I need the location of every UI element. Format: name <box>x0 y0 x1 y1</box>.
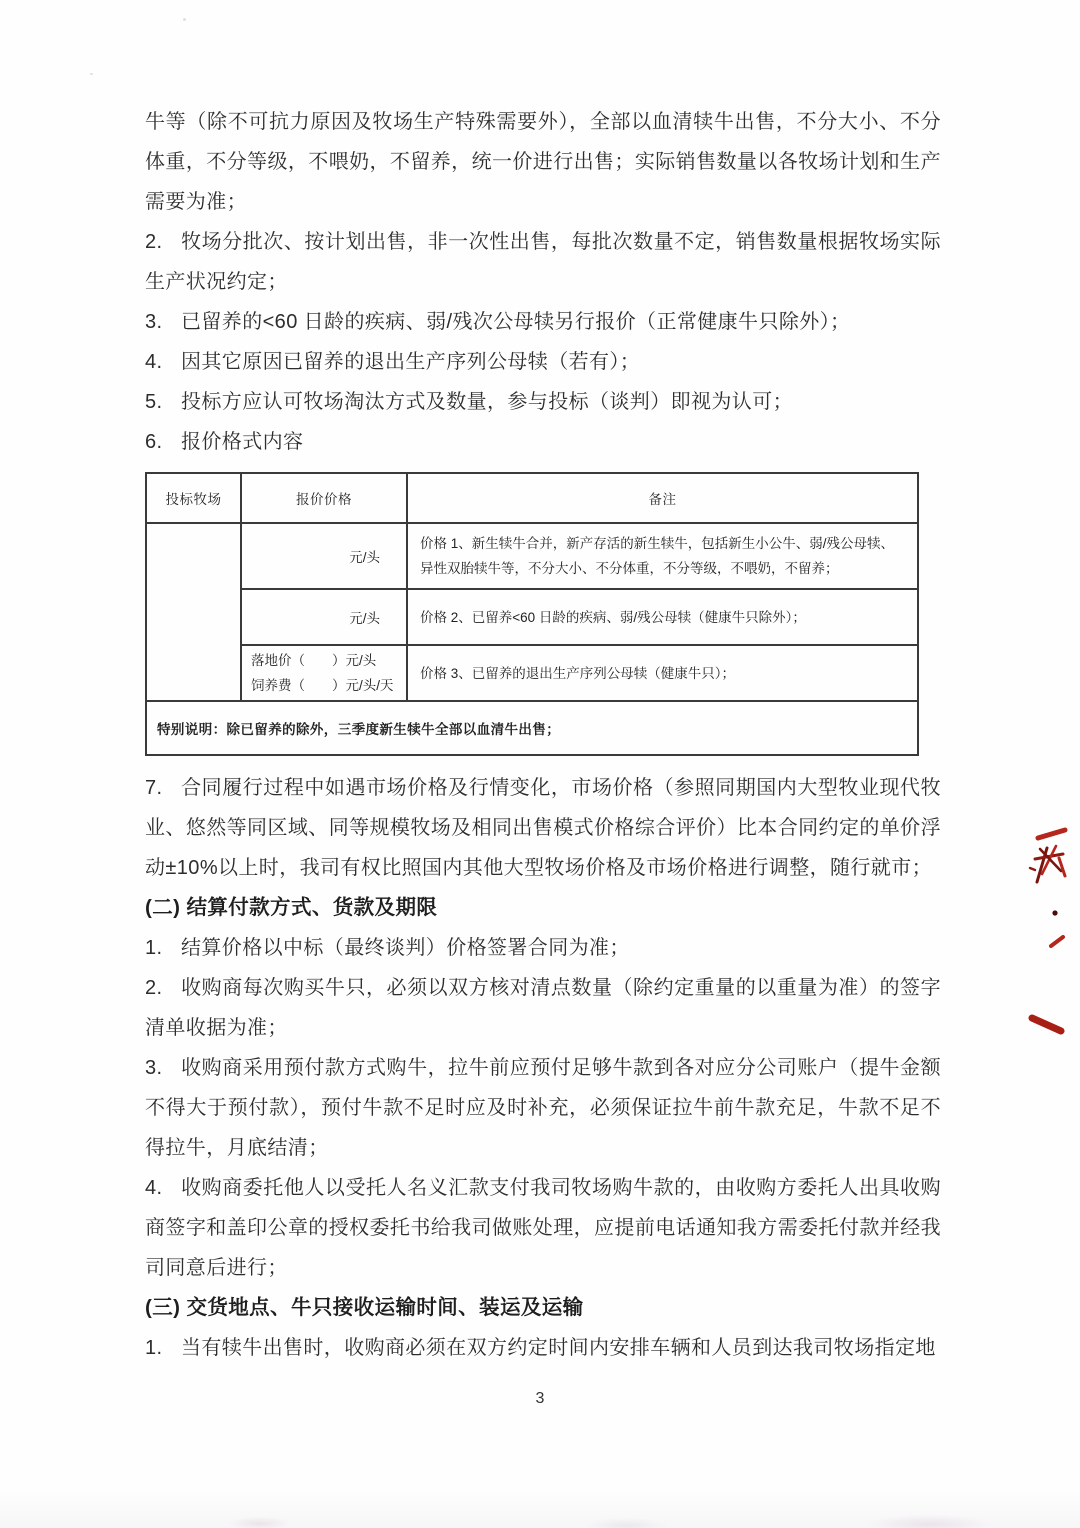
table-row-price2: 元/头 价格 2、已留养<60 日龄的疾病、弱/残公母犊（健康牛只除外）； <box>146 589 918 645</box>
clause-text: 当有犊牛出售时，收购商必须在双方约定时间内安排车辆和人员到达我司牧场指定地 <box>181 1337 936 1359</box>
delivery-item-1: 1.当有犊牛出售时，收购商必须在双方约定时间内安排车辆和人员到达我司牧场指定地 <box>145 1328 941 1368</box>
price-unit-cell: 元/头 <box>241 523 407 589</box>
section-heading-payment: (二) 结算付款方式、货款及期限 <box>145 888 941 928</box>
section-heading-delivery: (三) 交货地点、牛只接收运输时间、装运及运输 <box>145 1288 941 1328</box>
note-cell: 价格 2、已留养<60 日龄的疾病、弱/残公母犊（健康牛只除外）； <box>407 589 918 645</box>
payment-item-4: 4.收购商委托他人以受托人名义汇款支付我司牧场购牛款的，由收购方委托人出具收购商… <box>145 1168 941 1288</box>
clause-item-3: 3.已留养的<60 日龄的疾病、弱/残次公母犊另行报价（正常健康牛只除外）； <box>145 302 941 342</box>
note-cell: 价格 3、已留养的退出生产序列公母犊（健康牛只）； <box>407 645 918 701</box>
price-line-feeding: 饲养费（ ）元/头/天 <box>251 673 405 698</box>
payment-item-1: 1.结算价格以中标（最终谈判）价格签署合同为准； <box>145 928 941 968</box>
clause-number: 3. <box>145 302 165 342</box>
payment-item-3: 3.收购商采用预付款方式购牛，拉牛前应预付足够牛款到各对应分公司账户（提牛金额不… <box>145 1048 941 1168</box>
farm-blank-cell <box>146 523 241 701</box>
document-body: 牛等（除不可抗力原因及牧场生产特殊需要外），全部以血清犊牛出售，不分大小、不分体… <box>145 102 941 1368</box>
clause-text: 因其它原因已留养的退出生产序列公母犊（若有）； <box>181 351 640 373</box>
clause-number: 5. <box>145 382 165 422</box>
clause-item-4: 4.因其它原因已留养的退出生产序列公母犊（若有）； <box>145 342 941 382</box>
clause-text: 收购商委托他人以受托人名义汇款支付我司牧场购牛款的，由收购方委托人出具收购商签字… <box>145 1177 941 1279</box>
special-note: 特别说明：除已留养的除外，三季度新生犊牛全部以血清牛出售； <box>146 701 918 755</box>
clause-number: 2. <box>145 222 165 262</box>
clause-item-6: 6.报价格式内容 <box>145 422 941 462</box>
clause-number: 2. <box>145 968 165 1008</box>
document-page: 牛等（除不可抗力原因及牧场生产特殊需要外），全部以血清犊牛出售，不分大小、不分体… <box>0 0 1080 1528</box>
clause-number: 1. <box>145 1328 165 1368</box>
clause-number: 4. <box>145 342 165 382</box>
clause-1-continuation: 牛等（除不可抗力原因及牧场生产特殊需要外），全部以血清犊牛出售，不分大小、不分体… <box>145 102 941 222</box>
scan-speck <box>183 18 186 21</box>
price-landed-cell: 落地价（ ）元/头 饲养费（ ）元/头/天 <box>241 645 407 701</box>
clause-text: 合同履行过程中如遇市场价格及行情变化，市场价格（参照同期国内大型牧业现代牧业、悠… <box>145 777 941 879</box>
clause-text: 收购商采用预付款方式购牛，拉牛前应预付足够牛款到各对应分公司账户（提牛金额不得大… <box>145 1057 941 1159</box>
red-ink-annotation-marks <box>1002 816 1080 1056</box>
table-header-farm: 投标牧场 <box>146 473 241 523</box>
clause-text: 报价格式内容 <box>181 431 303 453</box>
note-cell: 价格 1、新生犊牛合并，新产存活的新生犊牛，包括新生小公牛、弱/残公母犊、异性双… <box>407 523 918 589</box>
clause-text: 已留养的<60 日龄的疾病、弱/残次公母犊另行报价（正常健康牛只除外）； <box>181 311 850 333</box>
clause-text: 投标方应认可牧场淘汰方式及数量，参与投标（谈判）即视为认可； <box>181 391 793 413</box>
clause-number: 6. <box>145 422 165 462</box>
table-special-note-row: 特别说明：除已留养的除外，三季度新生犊牛全部以血清牛出售； <box>146 701 918 755</box>
table-header-note: 备注 <box>407 473 918 523</box>
table-row-price3: 落地价（ ）元/头 饲养费（ ）元/头/天 价格 3、已留养的退出生产序列公母犊… <box>146 645 918 701</box>
clause-text: 牧场分批次、按计划出售，非一次性出售，每批次数量不定，销售数量根据牧场实际生产状… <box>145 231 941 293</box>
page-number: 3 <box>0 1390 1080 1408</box>
clause-number: 3. <box>145 1048 165 1088</box>
table-header-row: 投标牧场 报价价格 备注 <box>146 473 918 523</box>
table-row-price1: 元/头 价格 1、新生犊牛合并，新产存活的新生犊牛，包括新生小公牛、弱/残公母犊… <box>146 523 918 589</box>
price-line-landed: 落地价（ ）元/头 <box>251 648 405 673</box>
clause-text: 收购商每次购买牛只，必须以双方核对清点数量（除约定重量的以重量为准）的签字清单收… <box>145 977 941 1039</box>
payment-item-2: 2.收购商每次购买牛只，必须以双方核对清点数量（除约定重量的以重量为准）的签字清… <box>145 968 941 1048</box>
clause-number: 4. <box>145 1168 165 1208</box>
clause-number: 7. <box>145 768 165 808</box>
clause-item-5: 5.投标方应认可牧场淘汰方式及数量，参与投标（谈判）即视为认可； <box>145 382 941 422</box>
clause-text: 结算价格以中标（最终谈判）价格签署合同为准； <box>181 937 630 959</box>
quote-format-table: 投标牧场 报价价格 备注 元/头 价格 1、新生犊牛合并，新产存活的新生犊牛，包… <box>145 472 919 756</box>
scan-bleedthrough-band <box>0 1490 1080 1528</box>
clause-number: 1. <box>145 928 165 968</box>
scan-speck <box>90 73 93 75</box>
price-unit-cell: 元/头 <box>241 589 407 645</box>
clause-item-2: 2.牧场分批次、按计划出售，非一次性出售，每批次数量不定，销售数量根据牧场实际生… <box>145 222 941 302</box>
clause-item-7: 7.合同履行过程中如遇市场价格及行情变化，市场价格（参照同期国内大型牧业现代牧业… <box>145 768 941 888</box>
table-header-price: 报价价格 <box>241 473 407 523</box>
